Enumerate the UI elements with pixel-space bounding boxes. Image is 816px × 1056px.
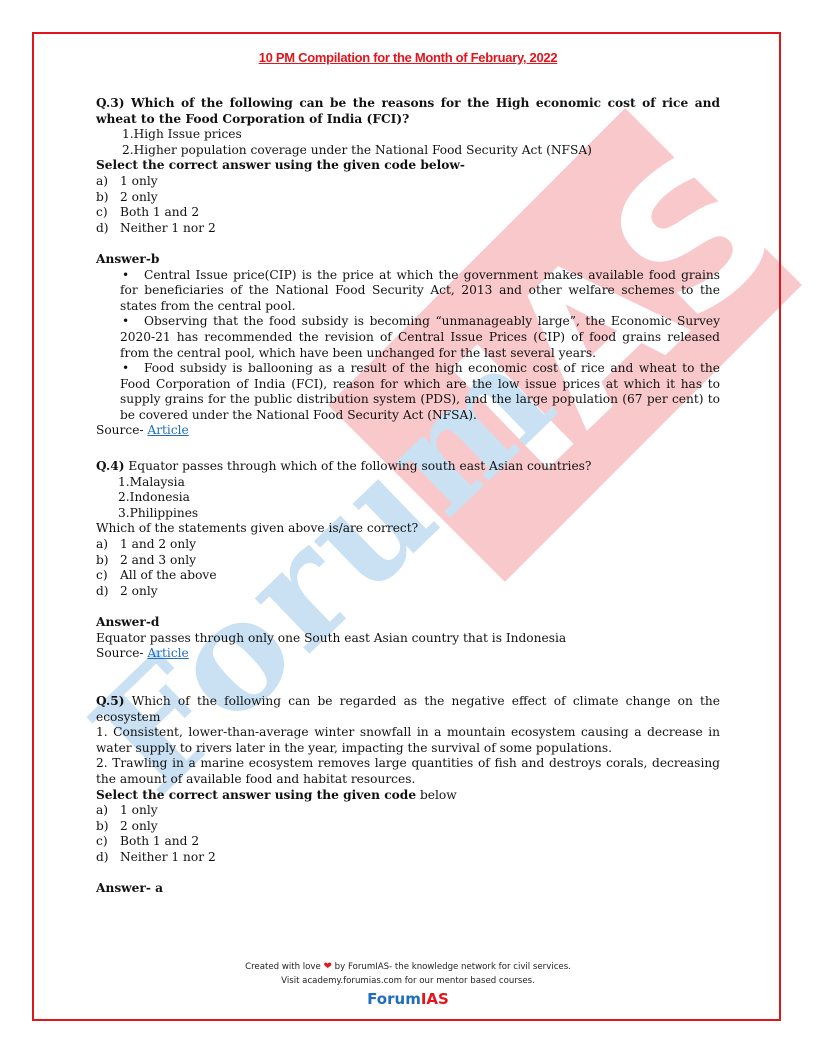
- forumias-logo: ForumIAS: [0, 989, 816, 1009]
- statement: 1.Malaysia: [96, 475, 720, 491]
- bullet-icon: •: [120, 361, 144, 377]
- question-stem: Q.5) Which of the following can be regar…: [96, 694, 720, 725]
- option: c)Both 1 and 2: [96, 834, 720, 850]
- page-title: 10 PM Compilation for the Month of Febru…: [96, 50, 720, 66]
- statement: 3.Philippines: [96, 506, 720, 522]
- option: c)Both 1 and 2: [96, 205, 720, 221]
- question-stem: Q.4) Equator passes through which of the…: [96, 459, 720, 475]
- question-stem: Q.3) Which of the following can be the r…: [96, 96, 720, 127]
- question-number: Q.4): [96, 459, 125, 473]
- option: d)Neither 1 nor 2: [96, 850, 720, 866]
- instruction: Select the correct answer using the give…: [96, 158, 720, 174]
- statement: 2. Trawling in a marine ecosystem remove…: [96, 756, 720, 787]
- question-3: Q.3) Which of the following can be the r…: [96, 96, 720, 439]
- option: a)1 only: [96, 803, 720, 819]
- source-article-link[interactable]: Article: [147, 423, 188, 437]
- statement: 1.High Issue prices: [96, 127, 720, 143]
- footer-visit-line: Visit academy.forumias.com for our mento…: [0, 974, 816, 988]
- source-line: Source- Article: [96, 646, 720, 662]
- question-5: Q.5) Which of the following can be regar…: [96, 694, 720, 897]
- instruction: Which of the statements given above is/a…: [96, 521, 720, 537]
- bullet-icon: •: [120, 268, 144, 284]
- option: b)2 only: [96, 190, 720, 206]
- option: d)2 only: [96, 584, 720, 600]
- source-line: Source- Article: [96, 423, 720, 439]
- statement: 2.Indonesia: [96, 490, 720, 506]
- option: b)2 only: [96, 819, 720, 835]
- option: b)2 and 3 only: [96, 553, 720, 569]
- answer-label: Answer-d: [96, 615, 720, 631]
- option: d)Neither 1 nor 2: [96, 221, 720, 237]
- bullet-icon: •: [120, 314, 144, 330]
- instruction: Select the correct answer using the give…: [96, 788, 720, 804]
- option: c)All of the above: [96, 568, 720, 584]
- heart-icon: ❤: [324, 961, 332, 972]
- explanation-bullet: •Observing that the food subsidy is beco…: [96, 314, 720, 361]
- source-article-link[interactable]: Article: [147, 646, 188, 660]
- question-number: Q.3): [96, 96, 125, 110]
- option: a)1 only: [96, 174, 720, 190]
- statement: 2.Higher population coverage under the N…: [96, 143, 720, 159]
- question-number: Q.5): [96, 694, 125, 708]
- footer: Created with love ❤ by ForumIAS- the kno…: [0, 960, 816, 1009]
- explanation-bullet: •Central Issue price(CIP) is the price a…: [96, 268, 720, 315]
- footer-credit-line: Created with love ❤ by ForumIAS- the kno…: [0, 960, 816, 974]
- question-4: Q.4) Equator passes through which of the…: [96, 459, 720, 662]
- explanation-bullet: •Food subsidy is ballooning as a result …: [96, 361, 720, 423]
- answer-label: Answer- a: [96, 881, 720, 897]
- explanation-text: Equator passes through only one South ea…: [96, 631, 720, 647]
- answer-label: Answer-b: [96, 252, 720, 268]
- option: a)1 and 2 only: [96, 537, 720, 553]
- statement: 1. Consistent, lower-than-average winter…: [96, 725, 720, 756]
